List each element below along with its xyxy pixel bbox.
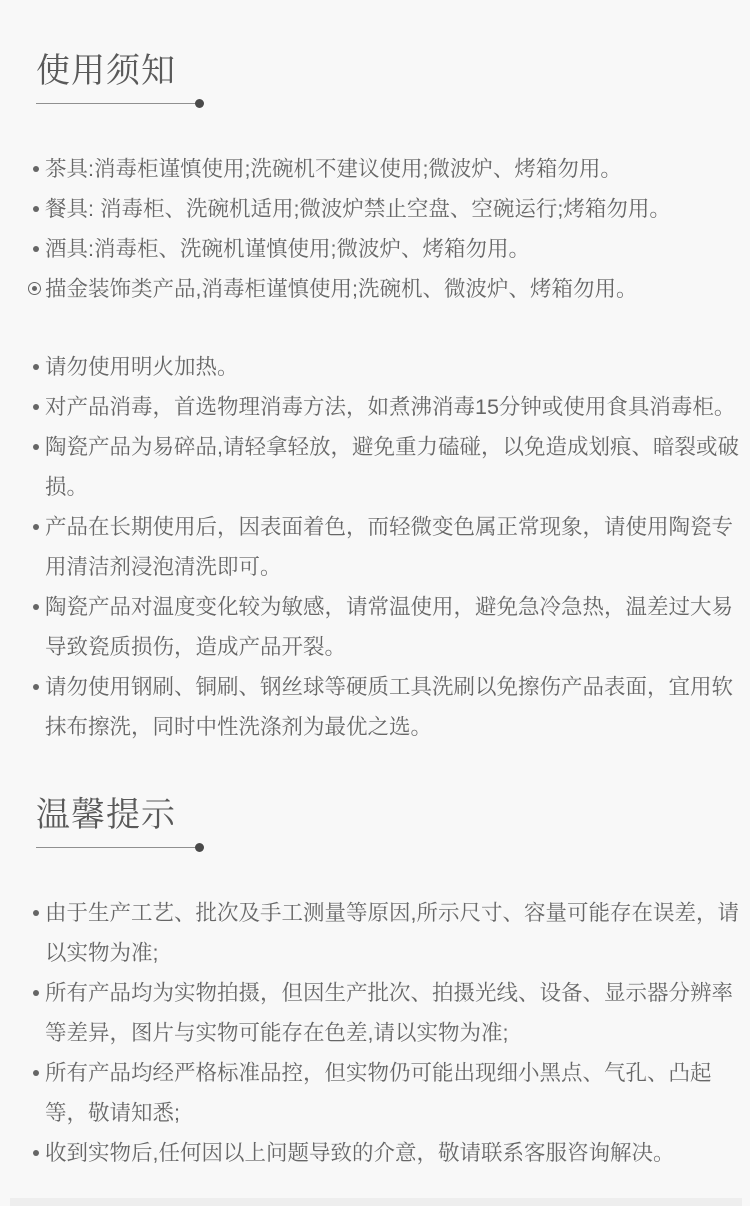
usage-title-underline [36, 103, 198, 104]
tips-list: 由于生产工艺、批次及手工测量等原因,所示尺寸、容量可能存在误差，请以实物为准; … [31, 893, 743, 1173]
tip-item: 所有产品均为实物拍摄，但因生产批次、拍摄光线、设备、显示器分辨率等差异，图片与实… [31, 973, 743, 1053]
usage-item-text: 茶具:消毒柜谨慎使用;洗碗机不建议使用;微波炉、烤箱勿用。 [45, 149, 743, 189]
next-section-edge [10, 1198, 742, 1206]
usage-item-text: 餐具: 消毒柜、洗碗机适用;微波炉禁止空盘、空碗运行;烤箱勿用。 [45, 189, 743, 229]
usage-item: 请勿使用明火加热。 [31, 347, 743, 387]
tips-section: 温馨提示 由于生产工艺、批次及手工测量等原因,所示尺寸、容量可能存在误差，请以实… [0, 798, 750, 1173]
usage-item-text: 酒具:消毒柜、洗碗机谨慎使用;微波炉、烤箱勿用。 [45, 229, 743, 269]
bullet-dot-icon [31, 507, 45, 587]
tip-item-text: 所有产品均经严格标准品控，但实物仍可能出现细小黑点、气孔、凸起等，敬请知悉; [45, 1053, 743, 1133]
tips-title-underline [36, 847, 198, 848]
bullet-dot-icon [31, 893, 45, 973]
bullet-dot-icon [31, 1133, 45, 1173]
rule-end-dot-icon [195, 843, 204, 852]
usage-item: 陶瓷产品对温度变化较为敏感，请常温使用，避免急冷急热，温差过大易导致瓷质损伤，造… [31, 587, 743, 667]
usage-item: 请勿使用钢刷、铜刷、钢丝球等硬质工具洗刷以免擦伤产品表面，宜用软抹布擦洗，同时中… [31, 667, 743, 747]
usage-item: 酒具:消毒柜、洗碗机谨慎使用;微波炉、烤箱勿用。 [31, 229, 743, 269]
usage-section-title: 使用须知 [36, 54, 750, 88]
usage-item: 餐具: 消毒柜、洗碗机适用;微波炉禁止空盘、空碗运行;烤箱勿用。 [31, 189, 743, 229]
bullet-dot-icon [31, 1053, 45, 1133]
target-bullet-icon [31, 269, 45, 309]
usage-item-text: 陶瓷产品对温度变化较为敏感，请常温使用，避免急冷急热，温差过大易导致瓷质损伤，造… [45, 587, 743, 667]
bullet-dot-icon [31, 149, 45, 189]
tips-section-title: 温馨提示 [36, 798, 750, 832]
usage-item: 描金装饰类产品,消毒柜谨慎使用;洗碗机、微波炉、烤箱勿用。 [31, 269, 743, 309]
usage-item-text: 产品在长期使用后，因表面着色，而轻微变色属正常现象，请使用陶瓷专用清洁剂浸泡清洗… [45, 507, 743, 587]
usage-item-text: 请勿使用明火加热。 [45, 347, 743, 387]
usage-item-text: 对产品消毒，首选物理消毒方法，如煮沸消毒15分钟或使用食具消毒柜。 [45, 387, 743, 427]
bullet-dot-icon [31, 973, 45, 1053]
bullet-dot-icon [31, 387, 45, 427]
usage-item-text: 请勿使用钢刷、铜刷、钢丝球等硬质工具洗刷以免擦伤产品表面，宜用软抹布擦洗，同时中… [45, 667, 743, 747]
tip-item: 收到实物后,任何因以上问题导致的介意，敬请联系客服咨询解决。 [31, 1133, 743, 1173]
bullet-dot-icon [31, 587, 45, 667]
bullet-dot-icon [31, 347, 45, 387]
usage-list: 茶具:消毒柜谨慎使用;洗碗机不建议使用;微波炉、烤箱勿用。 餐具: 消毒柜、洗碗… [31, 149, 743, 747]
usage-item: 陶瓷产品为易碎品,请轻拿轻放，避免重力磕碰，以免造成划痕、暗裂或破损。 [31, 427, 743, 507]
tip-item-text: 收到实物后,任何因以上问题导致的介意，敬请联系客服咨询解决。 [45, 1133, 743, 1173]
tip-item-text: 所有产品均为实物拍摄，但因生产批次、拍摄光线、设备、显示器分辨率等差异，图片与实… [45, 973, 743, 1053]
rule-end-dot-icon [195, 99, 204, 108]
bullet-dot-icon [31, 427, 45, 507]
tip-item: 由于生产工艺、批次及手工测量等原因,所示尺寸、容量可能存在误差，请以实物为准; [31, 893, 743, 973]
bullet-dot-icon [31, 229, 45, 269]
usage-section: 使用须知 茶具:消毒柜谨慎使用;洗碗机不建议使用;微波炉、烤箱勿用。 餐具: 消… [0, 54, 750, 747]
usage-item: 对产品消毒，首选物理消毒方法，如煮沸消毒15分钟或使用食具消毒柜。 [31, 387, 743, 427]
usage-item-text: 陶瓷产品为易碎品,请轻拿轻放，避免重力磕碰，以免造成划痕、暗裂或破损。 [45, 427, 743, 507]
usage-item: 产品在长期使用后，因表面着色，而轻微变色属正常现象，请使用陶瓷专用清洁剂浸泡清洗… [31, 507, 743, 587]
tip-item: 所有产品均经严格标准品控，但实物仍可能出现细小黑点、气孔、凸起等，敬请知悉; [31, 1053, 743, 1133]
tip-item-text: 由于生产工艺、批次及手工测量等原因,所示尺寸、容量可能存在误差，请以实物为准; [45, 893, 743, 973]
product-notice-page: 使用须知 茶具:消毒柜谨慎使用;洗碗机不建议使用;微波炉、烤箱勿用。 餐具: 消… [0, 0, 750, 1206]
bullet-dot-icon [31, 667, 45, 747]
usage-item: 茶具:消毒柜谨慎使用;洗碗机不建议使用;微波炉、烤箱勿用。 [31, 149, 743, 189]
bullet-dot-icon [31, 189, 45, 229]
usage-item-text: 描金装饰类产品,消毒柜谨慎使用;洗碗机、微波炉、烤箱勿用。 [45, 269, 743, 309]
